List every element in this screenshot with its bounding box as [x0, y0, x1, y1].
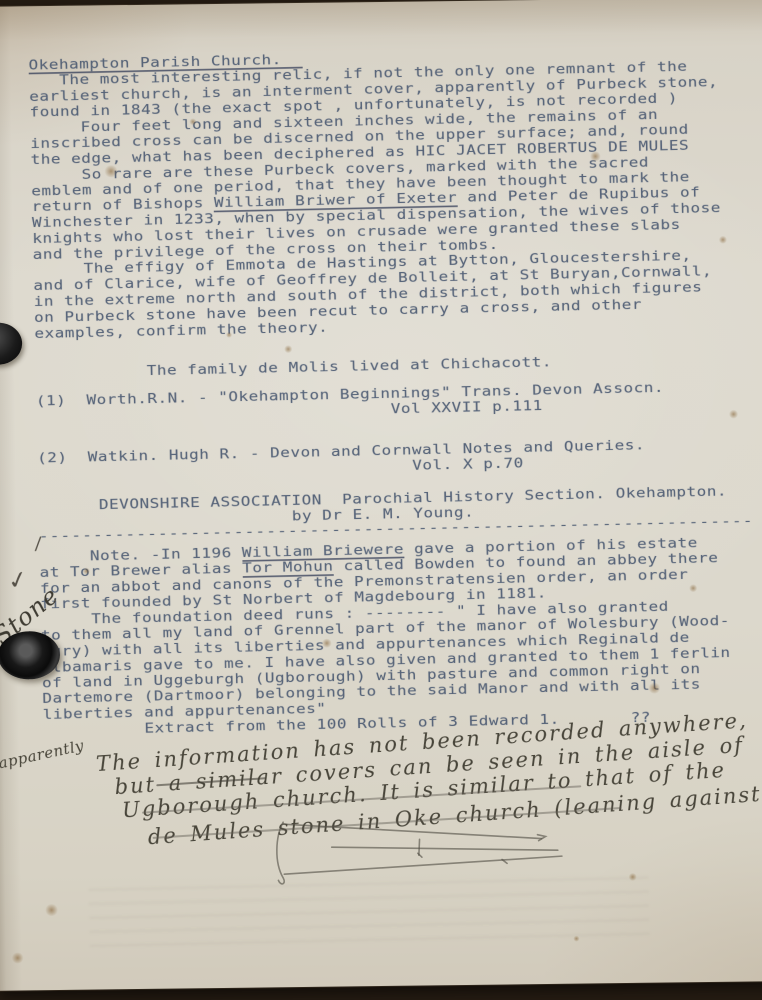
scanned-document-photo: { "document": { "blocks": [ { "name": "t… — [0, 0, 762, 1000]
slash-annotation: / — [35, 533, 44, 554]
age-spot — [648, 683, 660, 694]
page-content: Okehampton Parish Church. The most inter… — [0, 0, 762, 994]
age-spot — [719, 236, 727, 244]
typed-block-family-note: The family de Molis lived at Chichacott. — [35, 354, 552, 381]
age-spot — [689, 584, 697, 592]
age-spot — [629, 873, 637, 881]
typed-block-note-torre-abbey: Note. -In 1196 William Briewere gave a p… — [39, 534, 732, 738]
ghost-text-smudge — [89, 876, 650, 948]
age-spot — [322, 639, 332, 648]
checkmark-annotation: ✓ — [5, 564, 33, 596]
age-spot — [45, 904, 58, 916]
age-spot — [284, 345, 292, 353]
margin-note-apparently: apparently — [0, 736, 86, 772]
paper-sheet: Okehampton Parish Church. The most inter… — [0, 0, 762, 991]
age-spot — [226, 332, 232, 338]
age-spot — [189, 118, 196, 125]
age-spot — [12, 952, 24, 963]
typed-block-title-and-body: Okehampton Parish Church. The most inter… — [28, 43, 723, 342]
age-spot — [590, 151, 601, 161]
typed-block-reference-1: (1) Worth.R.N. - "Okehampton Beginnings"… — [36, 380, 665, 425]
typed-block-reference-2: (2) Watkin. Hugh R. - Devon and Cornwall… — [37, 437, 646, 482]
age-spot — [729, 410, 738, 419]
age-spot — [573, 936, 579, 942]
typed-line: The family de Molis lived at Chichacott. — [35, 354, 552, 381]
age-spot — [83, 568, 90, 575]
